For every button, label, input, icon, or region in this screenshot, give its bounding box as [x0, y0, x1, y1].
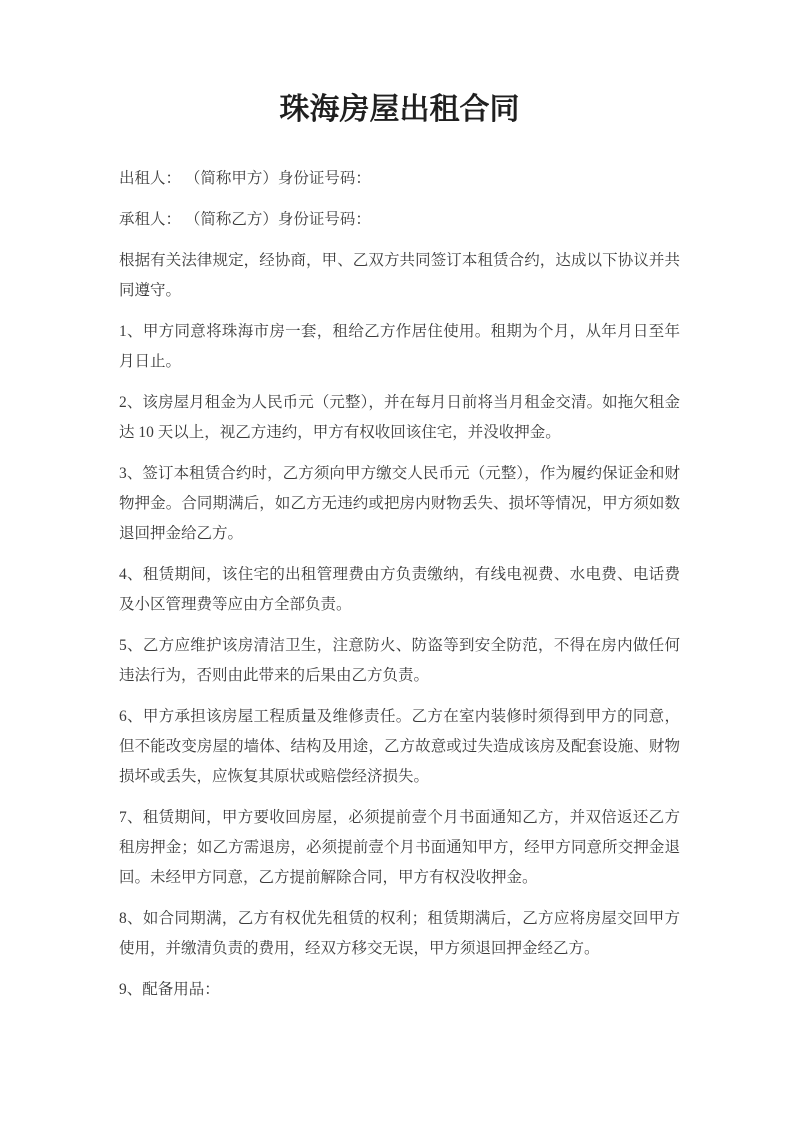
- line-lessor: 出租人： （简称甲方）身份证号码：: [119, 164, 680, 194]
- clause-9: 9、配备用品：: [119, 975, 680, 1005]
- document-title: 珠海房屋出租合同: [119, 92, 680, 128]
- clause-5: 5、乙方应维护该房清洁卫生，注意防火、防盗等到安全防范，不得在房内做任何违法行为…: [119, 631, 680, 691]
- clause-1: 1、甲方同意将珠海市房一套，租给乙方作居住使用。租期为个月，从年月日至年月日止。: [119, 317, 680, 377]
- clause-2: 2、该房屋月租金为人民币元（元整），并在每月日前将当月租金交清。如拖欠租金达 1…: [119, 388, 680, 448]
- line-lessee: 承租人： （简称乙方）身份证号码：: [119, 205, 680, 235]
- clause-3: 3、签订本租赁合约时，乙方须向甲方缴交人民币元（元整），作为履约保证金和财物押金…: [119, 459, 680, 549]
- clause-4: 4、租赁期间，该住宅的出租管理费由方负责缴纳，有线电视费、水电费、电话费及小区管…: [119, 560, 680, 620]
- preamble: 根据有关法律规定，经协商，甲、乙双方共同签订本租赁合约，达成以下协议并共同遵守。: [119, 246, 680, 306]
- clause-7: 7、租赁期间，甲方要收回房屋，必须提前壹个月书面通知乙方，并双倍返还乙方租房押金…: [119, 803, 680, 893]
- clause-8: 8、如合同期满，乙方有权优先租赁的权利；租赁期满后，乙方应将房屋交回甲方使用，并…: [119, 904, 680, 964]
- clause-6: 6、甲方承担该房屋工程质量及维修责任。乙方在室内装修时须得到甲方的同意，但不能改…: [119, 702, 680, 792]
- document-page: 珠海房屋出租合同 出租人： （简称甲方）身份证号码： 承租人： （简称乙方）身份…: [0, 0, 793, 1122]
